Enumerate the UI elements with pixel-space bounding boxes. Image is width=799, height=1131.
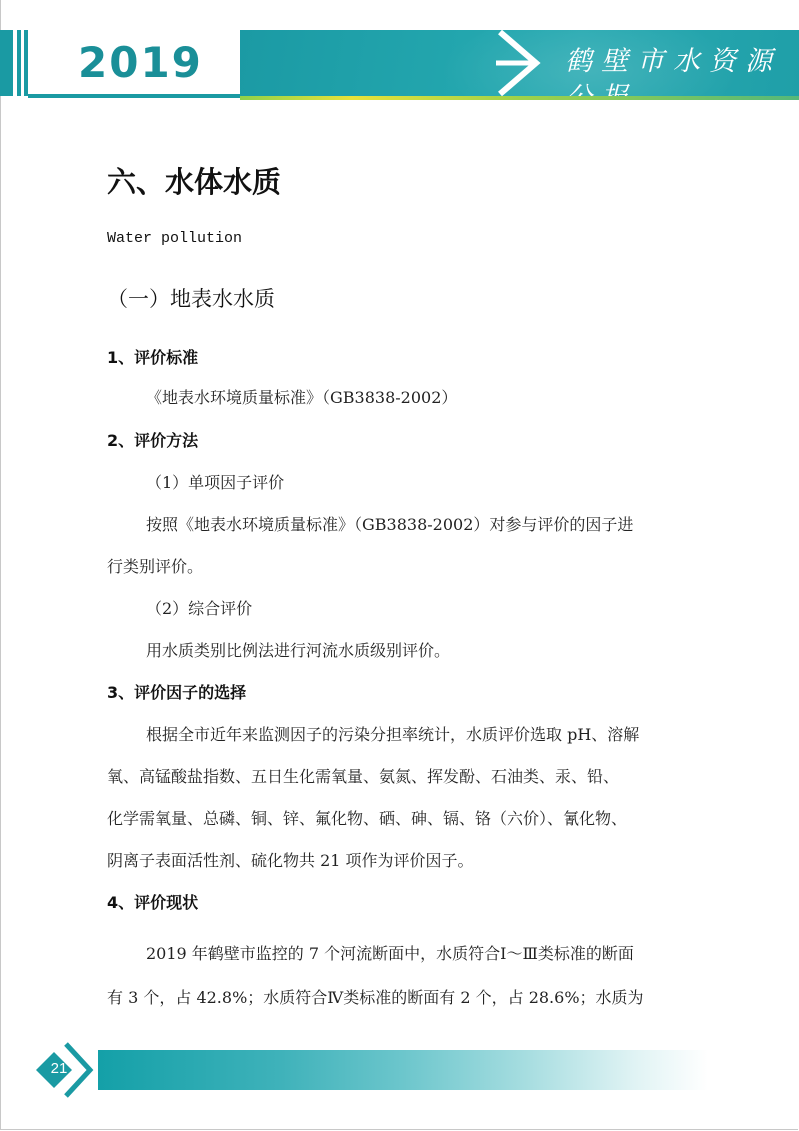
item-heading-4: 4、评价现状 (107, 891, 198, 915)
header-accent-line (240, 96, 799, 100)
header-stripe (17, 30, 21, 96)
arrow-right-icon (496, 30, 546, 97)
item-text: 有 3 个，占 42.8%；水质符合Ⅳ类标准的断面有 2 个，占 28.6%；水… (107, 986, 707, 1010)
header-stripe (24, 30, 28, 96)
item-heading-3: 3、评价因子的选择 (107, 681, 246, 705)
section-title: 六、水体水质 (107, 162, 281, 202)
header-banner: 2019 鹤壁市水资源公报 (0, 30, 799, 100)
item-text: 氧、高锰酸盐指数、五日生化需氧量、氨氮、挥发酚、石油类、汞、铅、 (107, 765, 707, 789)
item-text: 用水质类别比例法进行河流水质级别评价。 (146, 639, 746, 663)
item-text: 2019 年鹤壁市监控的 7 个河流断面中，水质符合Ⅰ～Ⅲ类标准的断面 (146, 942, 746, 966)
header-underline (28, 94, 240, 98)
header-stripe (0, 30, 13, 96)
item-text: 化学需氧量、总磷、铜、锌、氟化物、硒、砷、镉、铬（六价）、氰化物、 (107, 807, 707, 831)
item-subheading: （2）综合评价 (146, 597, 746, 621)
item-text: 《地表水环境质量标准》（GB3838-2002） (146, 386, 746, 410)
page-number: 21 (44, 1059, 74, 1079)
item-subheading: （1）单项因子评价 (146, 471, 746, 495)
subsection-title: （一）地表水水质 (107, 284, 275, 314)
item-heading-2: 2、评价方法 (107, 429, 198, 453)
header-year: 2019 (78, 39, 188, 87)
header-year-block: 2019 (0, 30, 240, 96)
header-title: 鹤壁市水资源公报 (565, 44, 799, 97)
header-title-band: 鹤壁市水资源公报 (240, 30, 799, 97)
item-text: 按照《地表水环境质量标准》（GB3838-2002）对参与评价的因子进 (146, 513, 746, 537)
footer-bar (98, 1050, 708, 1090)
item-text: 行类别评价。 (107, 555, 707, 579)
item-heading-1: 1、评价标准 (107, 346, 198, 370)
item-text: 根据全市近年来监测因子的污染分担率统计，水质评价选取 pH、溶解 (146, 723, 746, 747)
section-subtitle-en: Water pollution (107, 228, 242, 250)
item-text: 阴离子表面活性剂、硫化物共 21 项作为评价因子。 (107, 849, 707, 873)
